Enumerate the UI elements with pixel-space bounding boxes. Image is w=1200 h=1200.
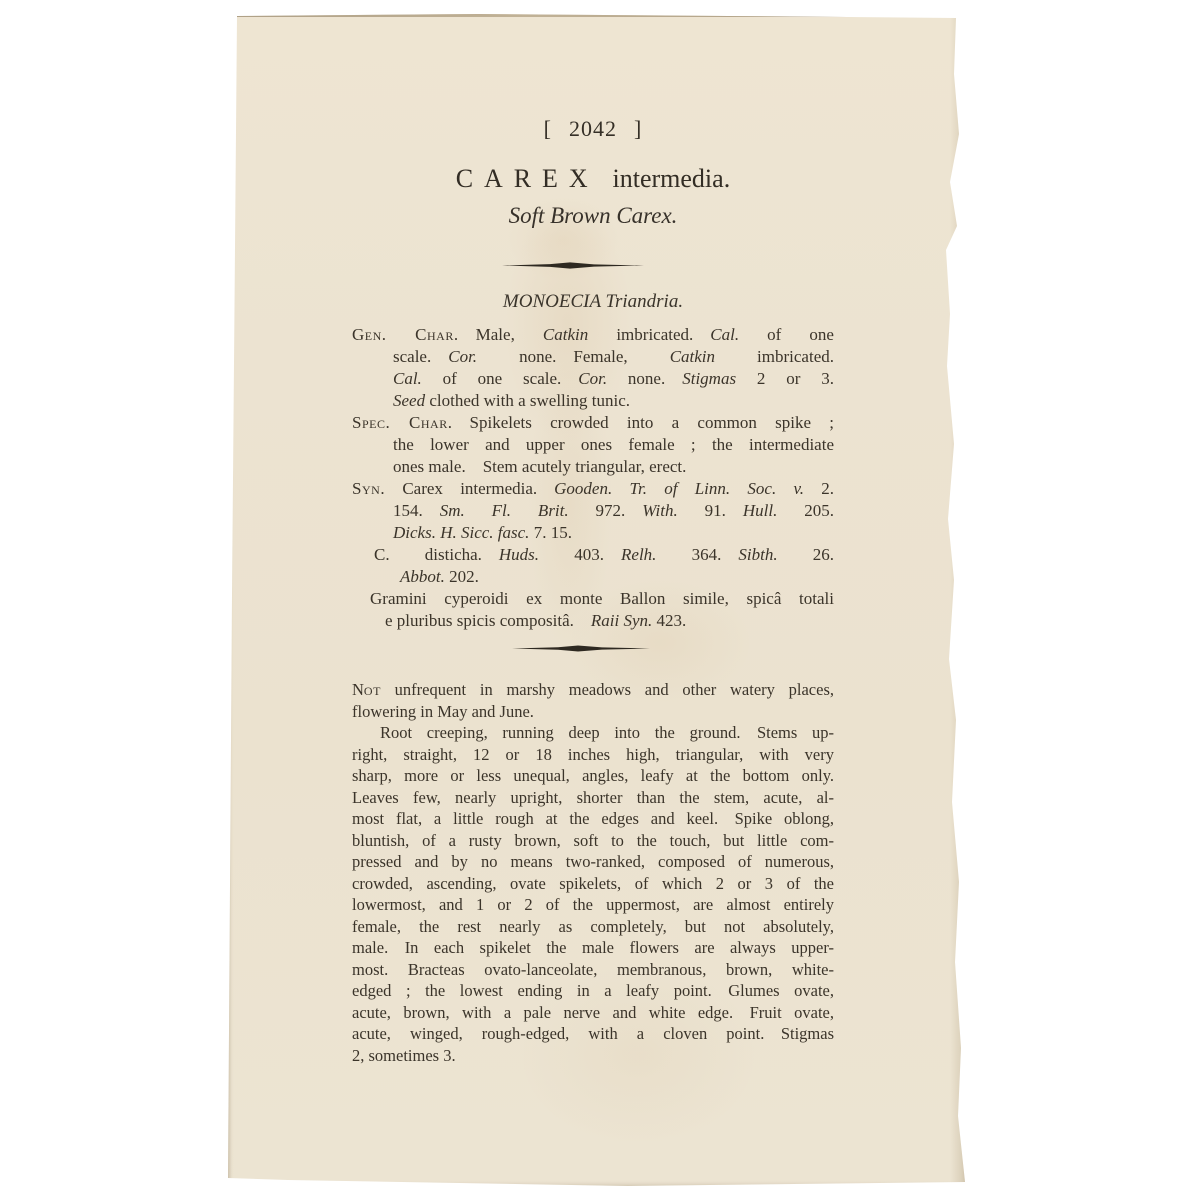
text-line: Syn. Carex intermedia. Gooden. Tr. of Li… — [352, 478, 834, 500]
text-segment: edged ; the lowest ending in a leafy poi… — [352, 981, 834, 1000]
text-segment: most. Bracteas ovato-lanceolate, membran… — [352, 960, 834, 979]
text-segment: lowermost, and 1 or 2 of the uppermost, … — [352, 895, 834, 914]
text-column: [2042] CAREXintermedia. Soft Brown Carex… — [352, 14, 834, 1066]
text-segment: scale. — [393, 347, 448, 366]
text-segment: Male, — [459, 325, 543, 344]
classification-line: MONOECIA Triandria. — [352, 290, 834, 314]
text-segment: crowded, ascending, ovate spikelets, of … — [352, 874, 834, 893]
text-line: most flat, a little rough at the edges a… — [352, 808, 834, 830]
text-segment: C. disticha. — [374, 545, 499, 564]
text-line: scale. Cor. none. Female, Catkin imbrica… — [352, 346, 834, 368]
text-segment: pressed and by no means two-ranked, comp… — [352, 852, 834, 871]
text-segment: Raii Syn. — [591, 611, 652, 630]
text-line: ones male. Stem acutely triangular, erec… — [352, 456, 834, 478]
text-segment: With. — [642, 501, 677, 520]
text-segment: acute, winged, rough-edged, with a clove… — [352, 1024, 834, 1043]
text-line: bluntish, of a rusty brown, soft to the … — [352, 830, 834, 852]
text-segment: sharp, more or less unequal, angles, lea… — [352, 766, 834, 785]
description-paragraph: Root creeping, running deep into the gro… — [352, 722, 834, 1066]
text-segment: Cal. — [393, 369, 422, 388]
text-segment: male. In each spikelet the male flowers … — [352, 938, 834, 957]
text-segment: flowering in May and June. — [352, 702, 534, 721]
text-line: right, straight, 12 or 18 inches high, t… — [352, 744, 834, 766]
genus-name: CAREX — [456, 164, 599, 193]
text-line: Not unfrequent in marshy meadows and oth… — [352, 679, 834, 701]
text-line: sharp, more or less unequal, angles, lea… — [352, 765, 834, 787]
text-line: Gen. Char. Male, Catkin imbricated. Cal.… — [352, 324, 834, 346]
bracket-close: ] — [634, 116, 642, 141]
text-line: e pluribus spicis compositâ. Raii Syn. 4… — [352, 610, 834, 632]
text-line: Dicks. H. Sicc. fasc. 7. 15. — [352, 522, 834, 544]
text-segment: 403. — [539, 545, 621, 564]
text-line: lowermost, and 1 or 2 of the uppermost, … — [352, 894, 834, 916]
page-number: [2042] — [352, 114, 834, 144]
text-segment: unfrequent in marshy meadows and other w… — [381, 680, 834, 699]
text-segment: Cal. — [710, 325, 739, 344]
spec-char-block: Spec. Char. Spikelets crowded into a com… — [352, 412, 834, 478]
text-segment: of one scale. — [422, 369, 578, 388]
text-segment: none. Female, — [477, 347, 670, 366]
text-segment: 205. — [777, 501, 834, 520]
text-line: Cal. of one scale. Cor. none. Stigmas 2 … — [352, 368, 834, 390]
text-segment: Gen. Char. — [352, 325, 459, 344]
book-page-scan: [2042] CAREXintermedia. Soft Brown Carex… — [228, 14, 966, 1188]
swelled-rule-top — [502, 261, 644, 270]
text-segment: N — [352, 680, 364, 699]
text-segment: Stigmas — [682, 369, 736, 388]
text-segment: ot — [364, 680, 381, 699]
gen-char-block: Gen. Char. Male, Catkin imbricated. Cal.… — [352, 324, 834, 412]
text-segment: ones male. Stem acutely triangular, erec… — [393, 457, 686, 476]
text-segment: 972. — [569, 501, 643, 520]
text-line: crowded, ascending, ovate spikelets, of … — [352, 873, 834, 895]
text-segment: right, straight, 12 or 18 inches high, t… — [352, 745, 834, 764]
text-segment: none. — [607, 369, 682, 388]
text-segment: Catkin — [543, 325, 588, 344]
text-segment: Gooden. Tr. of Linn. Soc. v. — [554, 479, 804, 498]
text-segment: 2 or 3. — [736, 369, 834, 388]
front-matter: Gen. Char. Male, Catkin imbricated. Cal.… — [352, 324, 834, 632]
text-segment: Huds. — [499, 545, 539, 564]
text-segment: imbricated. — [715, 347, 834, 366]
text-segment: 2, sometimes 3. — [352, 1046, 456, 1065]
text-segment: Root creeping, running deep into the gro… — [380, 723, 834, 742]
bracket-open: [ — [544, 116, 552, 141]
text-segment: Abbot. — [400, 567, 445, 586]
habitat-paragraph: Not unfrequent in marshy meadows and oth… — [352, 679, 834, 722]
text-line: Seed clothed with a swelling tunic. — [352, 390, 834, 412]
text-segment: clothed with a swelling tunic. — [425, 391, 630, 410]
text-line: 2, sometimes 3. — [352, 1045, 834, 1067]
text-segment: Catkin — [670, 347, 715, 366]
text-segment: Hull. — [743, 501, 777, 520]
text-line: Spec. Char. Spikelets crowded into a com… — [352, 412, 834, 434]
text-line: pressed and by no means two-ranked, comp… — [352, 851, 834, 873]
text-segment: Seed — [393, 391, 425, 410]
text-segment: Cor. — [578, 369, 607, 388]
page-title: CAREXintermedia. — [352, 162, 834, 196]
text-segment: bluntish, of a rusty brown, soft to the … — [352, 831, 834, 850]
text-segment: Sibth. — [738, 545, 777, 564]
text-segment: Spec. Char. — [352, 413, 453, 432]
text-segment: 154. — [393, 501, 440, 520]
text-segment: Syn. — [352, 479, 385, 498]
text-segment: Sm. Fl. Brit. — [440, 501, 569, 520]
text-line: Leaves few, nearly upright, shorter than… — [352, 787, 834, 809]
text-segment: 423. — [652, 611, 686, 630]
text-segment: 7. 15. — [529, 523, 572, 542]
text-line: female, the rest nearly as completely, b… — [352, 916, 834, 938]
text-line: 154. Sm. Fl. Brit. 972. With. 91. Hull. … — [352, 500, 834, 522]
species-name: intermedia. — [613, 164, 731, 193]
text-segment: 91. — [678, 501, 743, 520]
text-segment: imbricated. — [588, 325, 710, 344]
text-segment: Cor. — [448, 347, 477, 366]
text-segment: Carex intermedia. — [385, 479, 554, 498]
page-number-value: 2042 — [552, 116, 634, 141]
text-line: flowering in May and June. — [352, 701, 834, 723]
text-segment: Leaves few, nearly upright, shorter than… — [352, 788, 834, 807]
swelled-rule-bottom — [512, 644, 650, 653]
text-segment: female, the rest nearly as completely, b… — [352, 917, 834, 936]
synonyms-block: Syn. Carex intermedia. Gooden. Tr. of Li… — [352, 478, 834, 544]
text-segment: 2. — [804, 479, 834, 498]
text-line: Abbot. 202. — [352, 566, 834, 588]
text-segment: Gramini cyperoidi ex monte Ballon simile… — [370, 589, 834, 608]
text-segment: Spikelets crowded into a common spike ; — [453, 413, 835, 432]
text-segment: 26. — [778, 545, 834, 564]
disticha-block: C. disticha. Huds. 403. Relh. 364. Sibth… — [352, 544, 834, 588]
text-segment: Dicks. H. Sicc. fasc. — [393, 523, 529, 542]
text-segment: 364. — [656, 545, 738, 564]
text-segment: the lower and upper ones female ; the in… — [393, 435, 834, 454]
text-line: most. Bracteas ovato-lanceolate, membran… — [352, 959, 834, 981]
text-line: male. In each spikelet the male flowers … — [352, 937, 834, 959]
text-line: acute, brown, with a pale nerve and whit… — [352, 1002, 834, 1024]
text-segment: acute, brown, with a pale nerve and whit… — [352, 1003, 834, 1022]
text-segment: of one — [739, 325, 834, 344]
gramini-block: Gramini cyperoidi ex monte Ballon simile… — [352, 588, 834, 632]
text-line: Root creeping, running deep into the gro… — [352, 722, 834, 744]
text-segment: 202. — [445, 567, 479, 586]
body-text: Not unfrequent in marshy meadows and oth… — [352, 679, 834, 1066]
text-line: acute, winged, rough-edged, with a clove… — [352, 1023, 834, 1045]
text-segment: most flat, a little rough at the edges a… — [352, 809, 834, 828]
text-segment: e pluribus spicis compositâ. — [385, 611, 591, 630]
text-segment: Relh. — [621, 545, 656, 564]
text-line: the lower and upper ones female ; the in… — [352, 434, 834, 456]
common-name: Soft Brown Carex. — [352, 201, 834, 231]
text-line: C. disticha. Huds. 403. Relh. 364. Sibth… — [352, 544, 834, 566]
text-line: Gramini cyperoidi ex monte Ballon simile… — [352, 588, 834, 610]
text-line: edged ; the lowest ending in a leafy poi… — [352, 980, 834, 1002]
